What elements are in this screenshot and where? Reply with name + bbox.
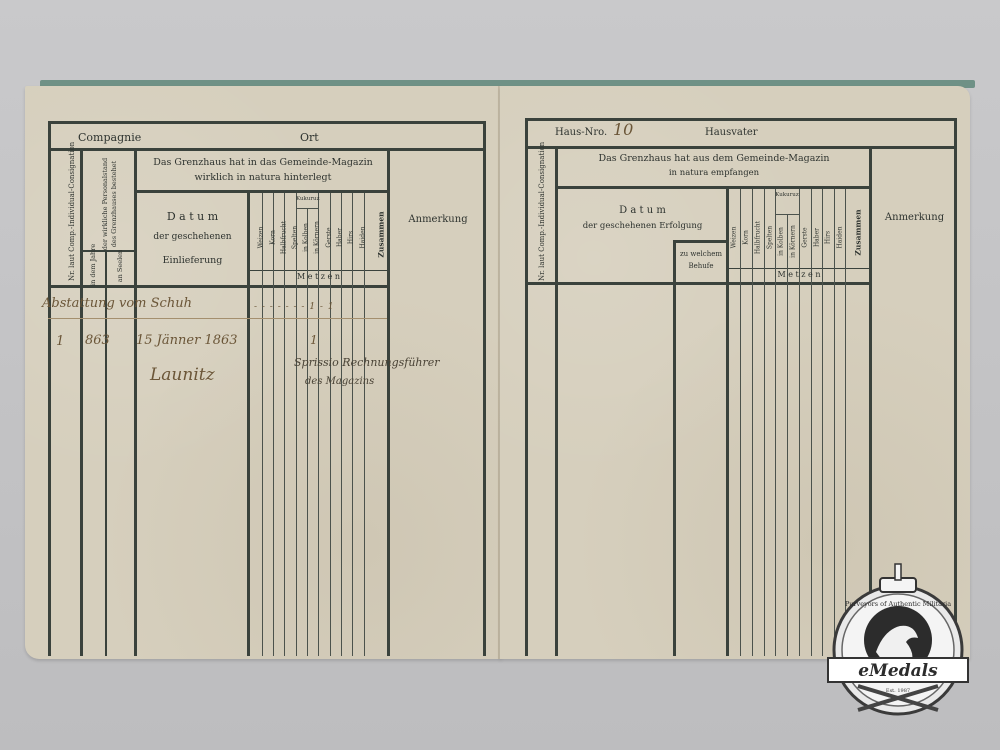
grain-gerste-r: Gerste	[802, 213, 809, 263]
number-header-right: Nr. laut Comp.-Individual-Consignation	[538, 151, 546, 281]
grain-in-koernern-r: in Körnern	[790, 217, 797, 267]
remarks-header-left: Anmerkung	[390, 214, 486, 225]
grain-halbfrucht: Halbfrucht	[281, 213, 288, 263]
deposit-header-line1: Das Grenzhaus hat in das Gemeinde-Magazi…	[140, 157, 386, 168]
right-body-divider	[525, 282, 870, 285]
handwritten-signature: Launitz	[150, 365, 215, 385]
left-col-line	[134, 150, 137, 656]
left-col-line	[387, 150, 390, 656]
ink-underline	[48, 318, 387, 319]
grain-col-line	[752, 189, 753, 656]
left-body-divider	[48, 285, 390, 288]
grain-in-koernern: in Körnern	[314, 213, 321, 263]
kukuruz-divider	[775, 214, 799, 215]
grain-zusammen-r: Zusammen	[854, 203, 863, 263]
purpose-box-top	[673, 240, 728, 243]
date-sub1: der geschehenen	[140, 232, 245, 242]
number-header-left: Nr. laut Comp.-Individual-Consignation	[68, 151, 76, 281]
handwritten-row-date: 15 Jänner 1863	[136, 333, 238, 348]
grain-zusammen: Zusammen	[377, 205, 386, 265]
date-label-right: D a t u m	[560, 205, 725, 216]
date-sub-right: der geschehenen Erfolgung	[560, 221, 725, 231]
grain-col-line	[787, 214, 788, 656]
persons-header: der wirkliche Personalstand des Grenzhau…	[101, 154, 119, 254]
left-header-divider	[48, 148, 486, 151]
purpose-line1: zu welchem	[676, 250, 726, 258]
grain-col-line	[799, 189, 800, 656]
handwritten-row-value: 1	[310, 333, 318, 347]
grain-gerste: Gerste	[326, 213, 333, 263]
grain-haiden-r: Haiden	[837, 213, 844, 263]
metzen-unit-right: M e t z e n	[729, 270, 869, 279]
grain-spelten: Spelten	[292, 213, 299, 263]
handwritten-entry-line1: Abstattung vom Schuh	[42, 296, 192, 311]
left-col-line	[247, 193, 250, 656]
right-col-line	[673, 240, 676, 656]
handwritten-row-year: 863	[85, 333, 110, 348]
house-no-label: Haus-Nro.	[555, 127, 607, 138]
householder-label: Hausvater	[705, 127, 758, 138]
grain-in-kolben-r: in Kolben	[778, 217, 785, 267]
emedals-watermark-logo: eMedals Purveyors of Authentic Militaria…	[818, 560, 978, 720]
grain-haber: Haber	[337, 213, 344, 263]
date-label: D a t u m	[140, 210, 245, 223]
kukuruz-label: Kukuruz	[296, 196, 318, 202]
handwritten-remark-line2: des Magazins	[305, 376, 374, 387]
deposit-header-line2: wirklich in natura hinterlegt	[140, 172, 386, 183]
grain-col-line	[775, 189, 776, 656]
grain-haber-r: Haber	[814, 213, 821, 263]
right-sub-divider	[558, 186, 870, 189]
persons-sub-year: in dem Jahre	[89, 246, 97, 286]
metzen-unit: M e t z e n	[250, 272, 387, 281]
grain-col-line	[740, 189, 741, 656]
grain-col-line	[764, 189, 765, 656]
remarks-header-right: Anmerkung	[872, 212, 957, 223]
grain-haiden: Haiden	[360, 213, 367, 263]
handwritten-values-line1: - - - - - - - 1 - 1	[254, 302, 335, 312]
right-header-divider	[525, 146, 957, 149]
grain-korn: Korn	[270, 213, 277, 263]
right-col-line	[726, 189, 729, 656]
grain-spelten-r: Spelten	[767, 213, 774, 263]
grain-weizen-r: Weizen	[731, 213, 738, 263]
place-label: Ort	[300, 131, 319, 144]
received-header-line2: in natura empfangen	[560, 168, 868, 178]
purpose-line2: Behufe	[676, 262, 726, 270]
house-no-value: 10	[613, 120, 633, 139]
grain-weizen: Weizen	[258, 213, 265, 263]
left-col-line	[80, 150, 83, 656]
emedals-brand: eMedals	[828, 661, 968, 681]
company-label: Compagnie	[78, 131, 141, 144]
emedals-established: Est. 1987	[878, 688, 918, 694]
grain-hirs: Hirs	[348, 213, 355, 263]
right-col-line	[555, 149, 558, 656]
grain-in-kolben: in Kolben	[303, 213, 310, 263]
received-header-line1: Das Grenzhaus hat aus dem Gemeinde-Magaz…	[560, 153, 868, 164]
grain-halbfrucht-r: Halbfrucht	[755, 213, 762, 263]
date-sub2: Einlieferung	[140, 255, 245, 266]
grain-korn-r: Korn	[743, 213, 750, 263]
emedals-badge-icon	[818, 560, 978, 720]
handwritten-remark-line1: Sprissio Rechnungsführer	[294, 356, 440, 369]
grain-hirs-r: Hirs	[825, 213, 832, 263]
handwritten-row-number: 1	[56, 334, 64, 349]
kukuruz-label-right: Kukuruz	[775, 192, 799, 199]
persons-sub-souls: an Seelen	[116, 246, 124, 286]
kukuruz-divider	[296, 208, 318, 209]
grain-col-line	[811, 189, 812, 656]
emedals-ring-text: Purveyors of Authentic Militaria	[832, 600, 964, 608]
